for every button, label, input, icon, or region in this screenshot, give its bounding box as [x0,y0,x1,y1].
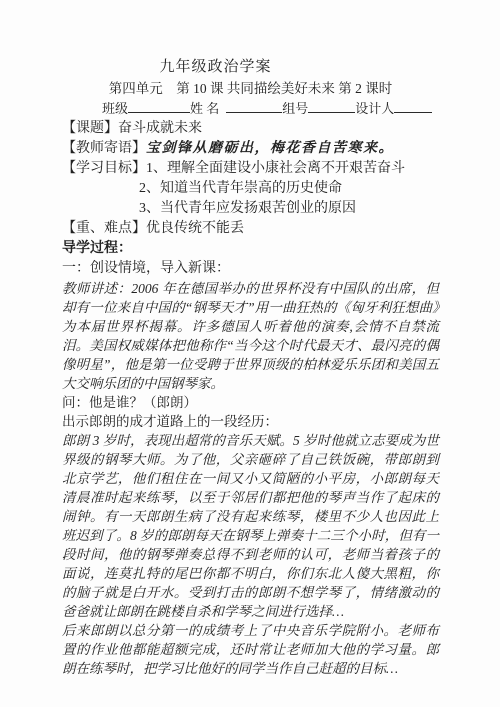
topic-text: 奋斗成就未来 [118,121,202,136]
objectives-label: 【学习目标】 [62,161,146,176]
student-info-line: 班级姓 名组号设计人 [62,99,439,119]
story-paragraph-langlang-childhood: 郎朗 3 岁时，表现出超常的音乐天赋。5 岁时他就立志要成为世界级的钢琴大师。为… [62,431,439,621]
name-blank-line [226,100,282,113]
class-label: 班级 [102,101,128,116]
group-label: 组号 [282,101,308,116]
key-points-text: 优良传统不能丢 [146,221,244,236]
key-points-label: 【重、难点】 [62,221,146,236]
story-paragraph-teacher-intro: 教师讲述：2006 年在德国举办的世界杯没有中国队的出席，但却有一位来自中国的“… [62,279,439,393]
objective-item-1: 1、理解全面建设小康社会离不开艰苦奋斗 [146,161,405,176]
designer-blank-line [394,100,432,113]
step-heading: 一：创设情境，导入新课： [62,259,439,279]
class-blank-line [128,100,190,113]
question-line: 问：他是谁？（郎朗） [62,393,439,412]
designer-label: 设计人 [355,101,394,116]
story-paragraph-langlang-school: 后来郎朗以总分第一的成绩考上了中央音乐学院附小。老师布置的作业他都能超额完成，还… [62,621,439,678]
name-label: 姓 名 [190,101,219,116]
group-blank-line [308,100,355,113]
process-heading: 导学过程： [62,239,439,259]
motto-text: 宝剑锋从磨砺出，梅花香自苦寒来。 [146,141,394,156]
topic-section: 【课题】奋斗成就未来 [62,119,439,139]
objective-item-2: 2、知道当代青年崇高的历史使命 [62,179,439,199]
page-title: 九年级政治学案 [62,56,439,78]
unit-lesson-line: 第四单元 第 10 课 共同描绘美好未来 第 2 课时 [62,78,439,99]
worksheet-content: 九年级政治学案 第四单元 第 10 课 共同描绘美好未来 第 2 课时 班级姓 … [62,56,439,678]
scanned-worksheet-page: 九年级政治学案 第四单元 第 10 课 共同描绘美好未来 第 2 课时 班级姓 … [0,0,500,707]
topic-label: 【课题】 [62,121,118,136]
objective-item-3: 3、当代青年应发扬艰苦创业的原因 [62,199,439,219]
objectives-section: 【学习目标】1、理解全面建设小康社会离不开艰苦奋斗 [62,159,439,179]
key-points-section: 【重、难点】优良传统不能丢 [62,219,439,239]
teacher-motto-section: 【教师寄语】宝剑锋从磨砺出，梅花香自苦寒来。 [62,139,439,159]
motto-label: 【教师寄语】 [62,141,146,156]
transition-line: 出示郎朗的成才道路上的一段经历： [62,412,439,431]
